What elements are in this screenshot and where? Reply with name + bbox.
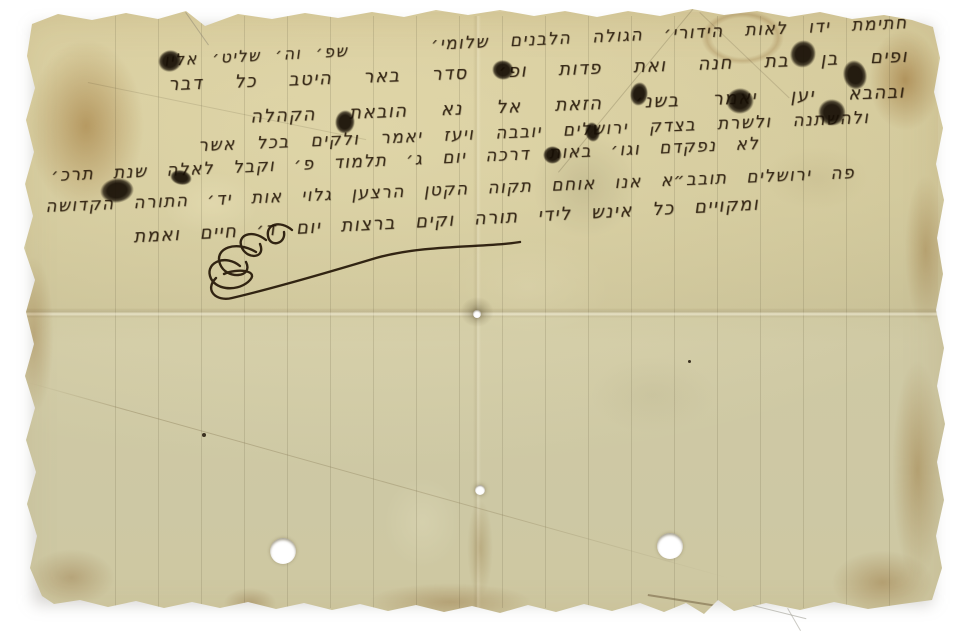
fold-wear-hole: [475, 485, 485, 495]
speck: [202, 433, 206, 437]
punch-hole: [657, 533, 683, 559]
paper-fiber: [787, 608, 801, 631]
speck: [688, 360, 691, 363]
stain: [815, 540, 950, 625]
signature-flourish: [196, 218, 526, 308]
stain: [345, 578, 555, 626]
stain: [898, 150, 953, 350]
photo-canvas: חתימת ידו לאות הידורי׳ הגולה הלבנים שלומ…: [0, 0, 960, 637]
stain-streak: [464, 488, 496, 608]
punch-hole: [270, 538, 296, 564]
fold-wear-hole: [473, 310, 481, 318]
paper-sheet: חתימת ידו לאות הידורי׳ הגולה הלבנים שלומ…: [0, 0, 960, 637]
ink-blot: [543, 146, 562, 164]
